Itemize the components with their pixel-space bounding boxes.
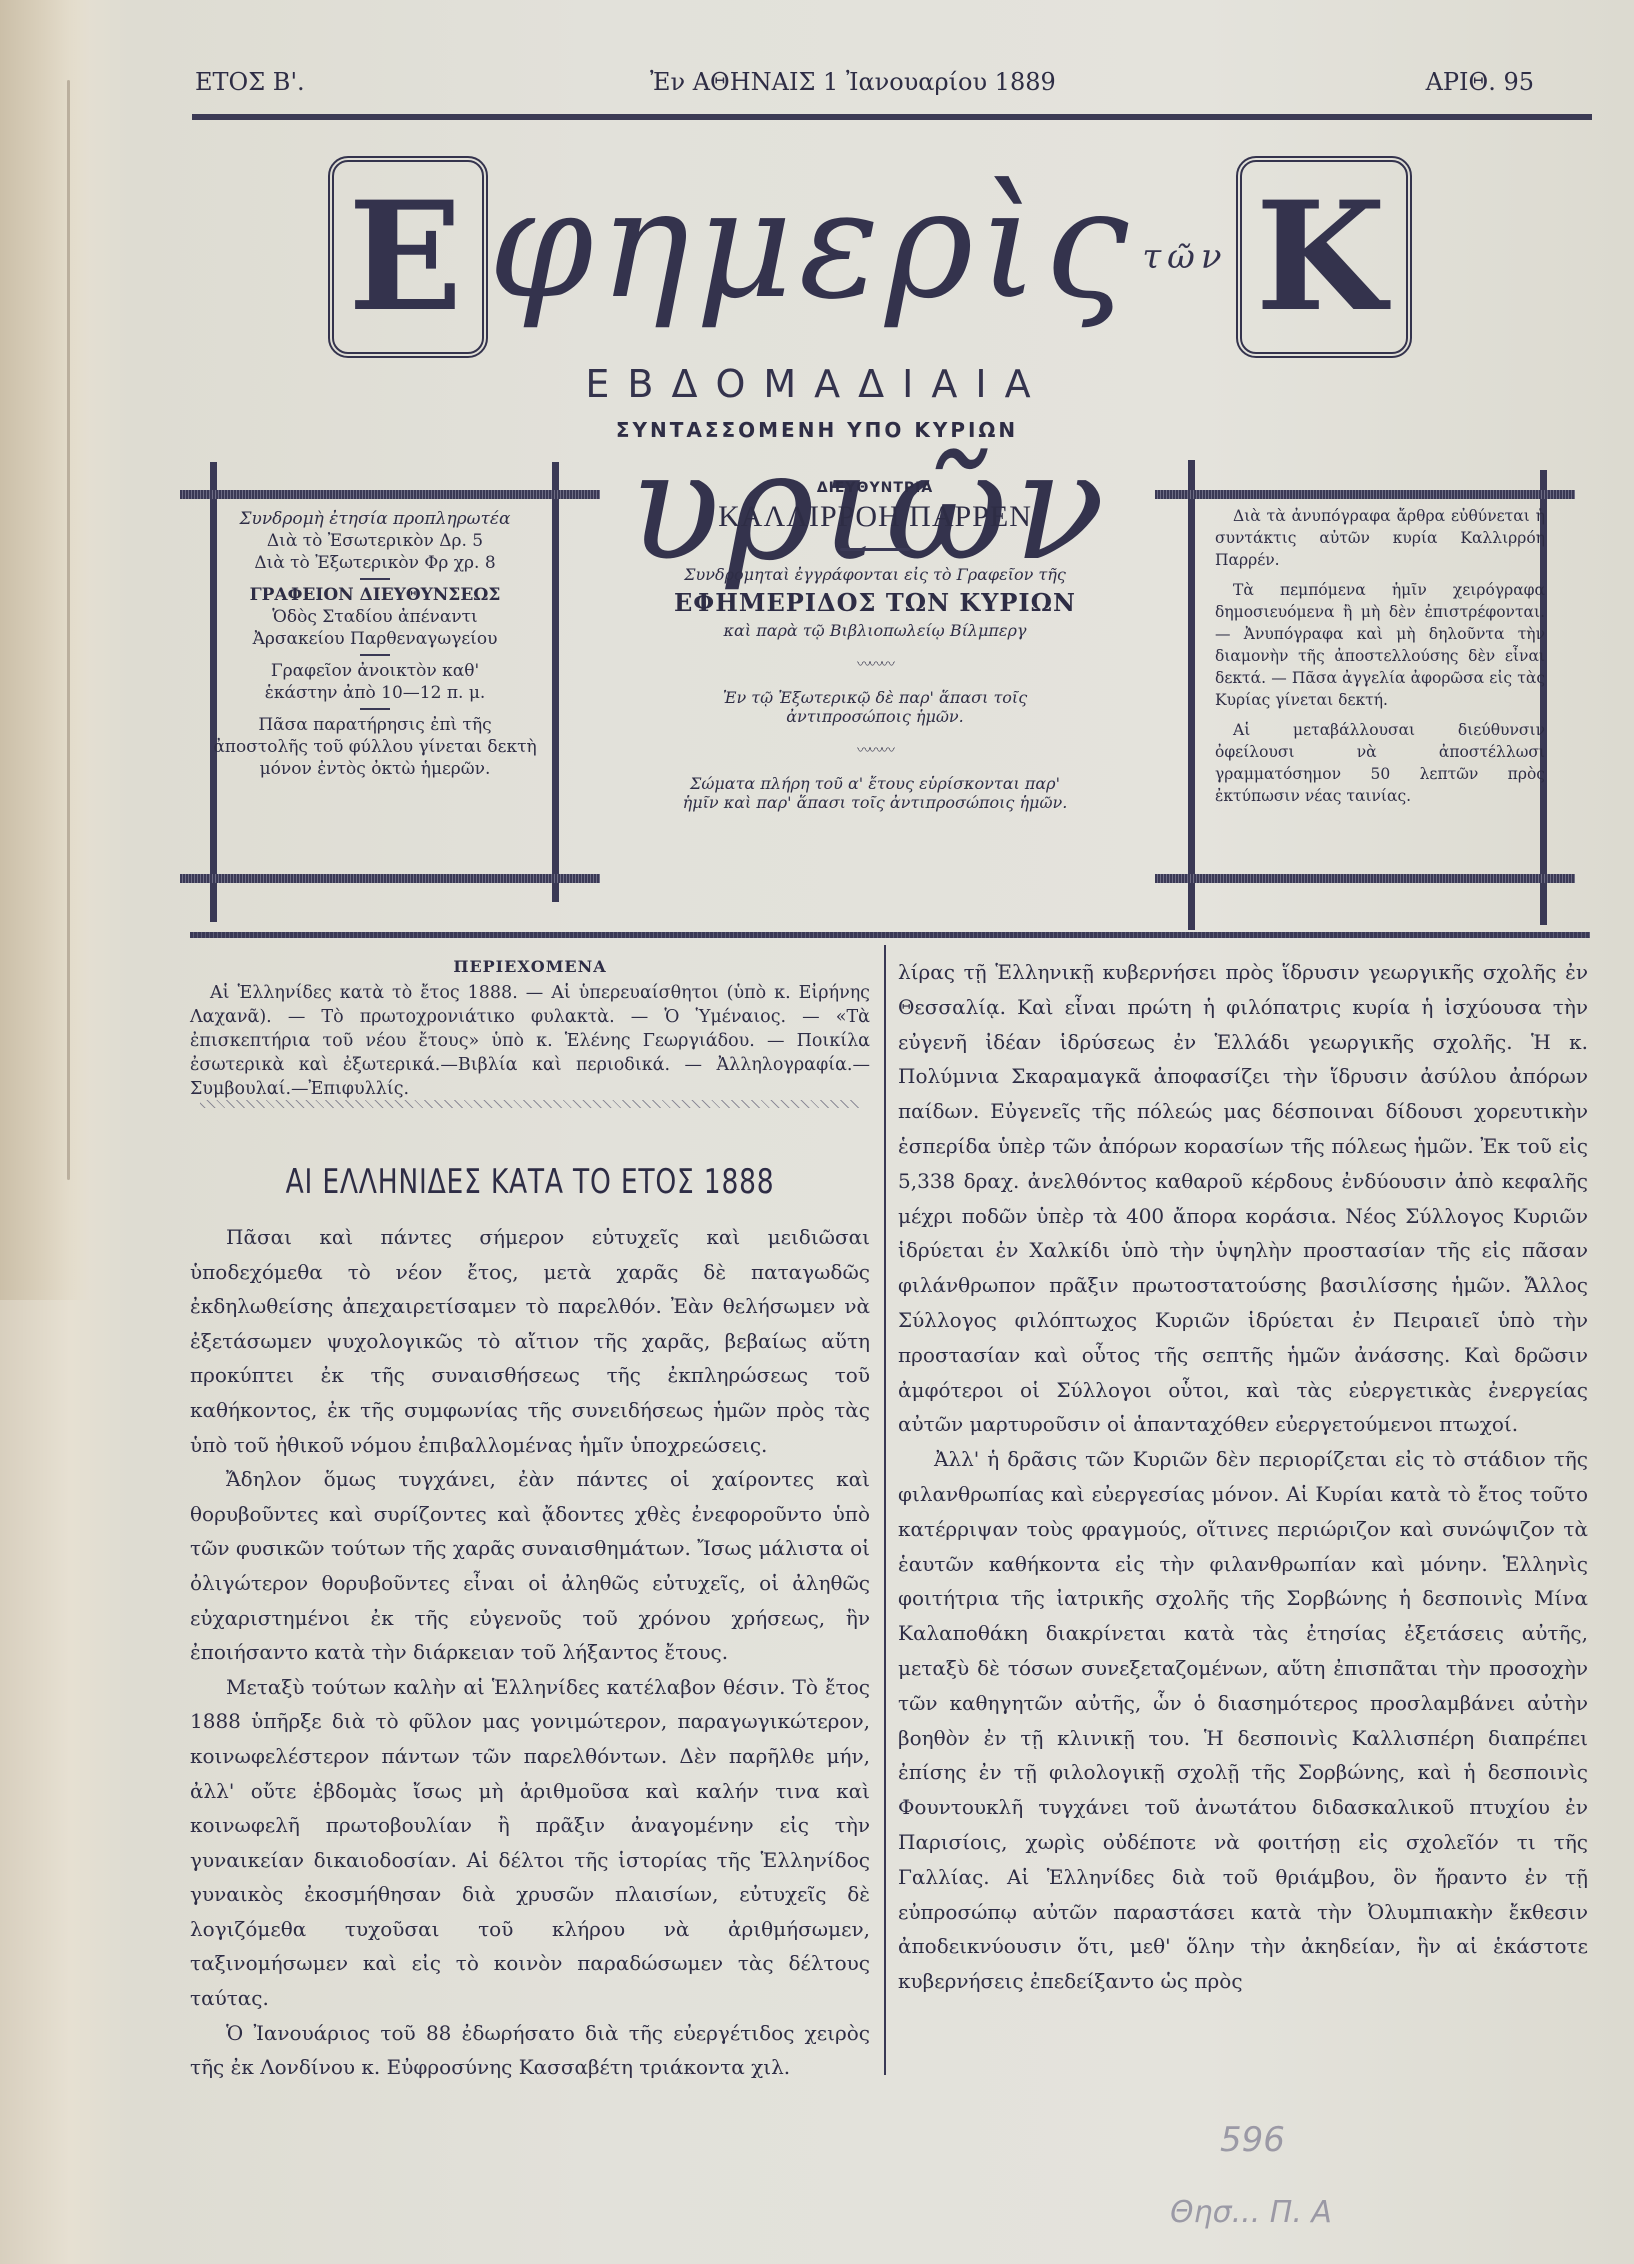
left-box-bottom-bar (180, 874, 600, 883)
divider (360, 578, 390, 580)
foreign-price: Διὰ τὸ Ἐξωτερικὸν Φρ χρ. 8 (210, 552, 540, 574)
divider (360, 654, 390, 656)
title-word-1: φημερὶς (488, 158, 1134, 332)
section-rule (190, 932, 1590, 938)
article-paragraph: Ἀλλ' ἡ δρᾶσις τῶν Κυριῶν δὲν περιορίζετα… (898, 1442, 1588, 1999)
abroad-line-1: Ἐν τῷ Ἐξωτερικῷ δὲ παρ' ἅπασι τοῖς (610, 688, 1140, 707)
notice-manuscripts: Τὰ πεμπόμενα ἡμῖν χειρόγραφα δημοσιευόμε… (1215, 579, 1545, 711)
pencil-note: Θησ... Π. Α (1170, 2195, 1332, 2230)
right-box-border-left (1188, 460, 1195, 930)
pencil-page-number: 596 (1220, 2120, 1285, 2160)
dateline-bar: ΕΤΟΣ Β'. Ἐν ΑΘΗΝΑΙΣ 1 Ἰανουαρίου 1889 ΑΡ… (195, 68, 1534, 98)
volumes-line-1: Σώματα πλήρη τοῦ α' ἔτους εὑρίσκονται πα… (610, 774, 1140, 793)
article-title: ΑΙ ΕΛΛΗΝΙΔΕΣ ΚΑΤΑ ΤΟ ΕΤΟΣ 1888 (265, 1162, 795, 1202)
table-of-contents: ΠΕΡΙΕΧΟΜΕΝΑ Αἱ Ἑλληνίδες κατὰ τὸ ἔτος 18… (190, 955, 870, 1103)
dateline: Ἐν ΑΘΗΝΑΙΣ 1 Ἰανουαρίου 1889 (650, 68, 1056, 96)
notice-unsigned-articles: Διὰ τὰ ἀνυπόγραφα ἄρθρα εὐθύνεται ἡ συντ… (1215, 505, 1545, 571)
bookshop-line: καὶ παρὰ τῷ Βιβλιοπωλείῳ Βίλμπεργ (610, 621, 1140, 640)
domestic-price: Διὰ τὸ Ἐσωτερικὸν Δρ. 5 (210, 530, 540, 552)
ornate-initial-e: Ε (328, 156, 488, 358)
subscription-heading: Συνδρομὴ ἐτησία προπληρωτέα (210, 508, 540, 530)
wavy-divider: 〰〰〰 (610, 654, 1140, 674)
abroad-line-2: ἀντιπροσώποις ἡμῶν. (610, 707, 1140, 726)
director-name: ΚΑΛΛΙΡΡΟΗ ΠΑΡΡΕΝ (610, 500, 1140, 534)
left-box-border-right (552, 462, 559, 902)
wavy-divider: 〰〰〰 (610, 740, 1140, 760)
notice-address-change: Αἱ μεταβάλλουσαι διεύθυνσιν ὀφείλουσι νὰ… (1215, 719, 1545, 807)
subscription-box: Συνδρομὴ ἐτησία προπληρωτέα Διὰ τὸ Ἐσωτε… (210, 508, 540, 780)
frequency-label: ΕΒΔΟΜΑΔΙΑΙΑ (0, 362, 1634, 406)
right-box-top-bar (1155, 490, 1575, 499)
article-paragraph: λίρας τῇ Ἑλληνικῇ κυβερνήσει πρὸς ἵδρυσι… (898, 955, 1588, 1442)
office-address-line-2: Ἀρσακείου Παρθεναγωγείου (210, 628, 540, 650)
office-hours-line-1: Γραφεῖον ἀνοικτὸν καθ' (210, 660, 540, 682)
delivery-notice: Πᾶσα παρατήρησις ἐπὶ τῆς ἀποστολῆς τοῦ φ… (210, 714, 540, 780)
issue-number: ΑΡΙΘ. 95 (1426, 68, 1534, 96)
year-label: ΕΤΟΣ Β'. (195, 68, 305, 96)
subtitle: ΣΥΝΤΑΣΣΟΜΕΝΗ ΥΠΟ ΚΥΡΙΩΝ (0, 418, 1634, 442)
title-connector: τῶν (1142, 237, 1227, 277)
paper-name-caps: ΕΦΗΜΕΡΙΔΟΣ ΤΩΝ ΚΥΡΙΩΝ (610, 588, 1140, 617)
newspaper-title: ΕφημερὶςτῶνΚυριῶν (180, 120, 1560, 370)
director-label: ΔΙΕΥΘΥΝΤΡΙΑ (610, 480, 1140, 496)
volumes-line-2: ἡμῖν καὶ παρ' ἅπασι τοῖς ἀντιπροσώποις ἡ… (610, 793, 1140, 812)
zigzag-divider (200, 1100, 860, 1108)
article-paragraph: Ἄδηλον ὅμως τυγχάνει, ἐὰν πάντες οἱ χαίρ… (190, 1462, 870, 1670)
office-hours-line-2: ἑκάστην ἀπὸ 10—12 π. μ. (210, 682, 540, 704)
ornate-initial-k: Κ (1236, 156, 1412, 358)
article-paragraph: Ὁ Ἰανουάριος τοῦ 88 ἐδωρήσατο διὰ τῆς εὐ… (190, 2016, 870, 2085)
torn-page-edge (0, 0, 90, 1300)
office-heading: ΓΡΑΦΕΙΟΝ ΔΙΕΥΘΥΝΣΕΩΣ (210, 584, 540, 606)
article-paragraph: Πᾶσαι καὶ πάντες σήμερον εὐτυχεῖς καὶ με… (190, 1220, 870, 1462)
contents-text: Αἱ Ἑλληνίδες κατὰ τὸ ἔτος 1888. — Αἱ ὑπε… (190, 981, 870, 1101)
article-column-2: λίρας τῇ Ἑλληνικῇ κυβερνήσει πρὸς ἵδρυσι… (898, 955, 1588, 1999)
editor-info: ΔΙΕΥΘΥΝΤΡΙΑ ΚΑΛΛΙΡΡΟΗ ΠΑΡΡΕΝ Συνδρομηταὶ… (610, 480, 1140, 812)
contents-heading: ΠΕΡΙΕΧΟΜΕΝΑ (190, 955, 870, 979)
article-paragraph: Μεταξὺ τούτων καλὴν αἱ Ἑλληνίδες κατέλαβ… (190, 1670, 870, 2016)
subscribers-line: Συνδρομηταὶ ἐγγράφονται εἰς τὸ Γραφεῖον … (610, 565, 1140, 584)
right-box-bottom-bar (1155, 874, 1575, 883)
article-column-1: Πᾶσαι καὶ πάντες σήμερον εὐτυχεῖς καὶ με… (190, 1220, 870, 2085)
ornament-divider (840, 548, 910, 551)
office-address-line-1: Ὁδὸς Σταδίου ἀπέναντι (210, 606, 540, 628)
divider (360, 708, 390, 710)
editorial-notices-box: Διὰ τὰ ἀνυπόγραφα ἄρθρα εὐθύνεται ἡ συντ… (1215, 505, 1545, 815)
left-box-top-bar (180, 490, 600, 499)
column-divider (884, 945, 886, 2075)
